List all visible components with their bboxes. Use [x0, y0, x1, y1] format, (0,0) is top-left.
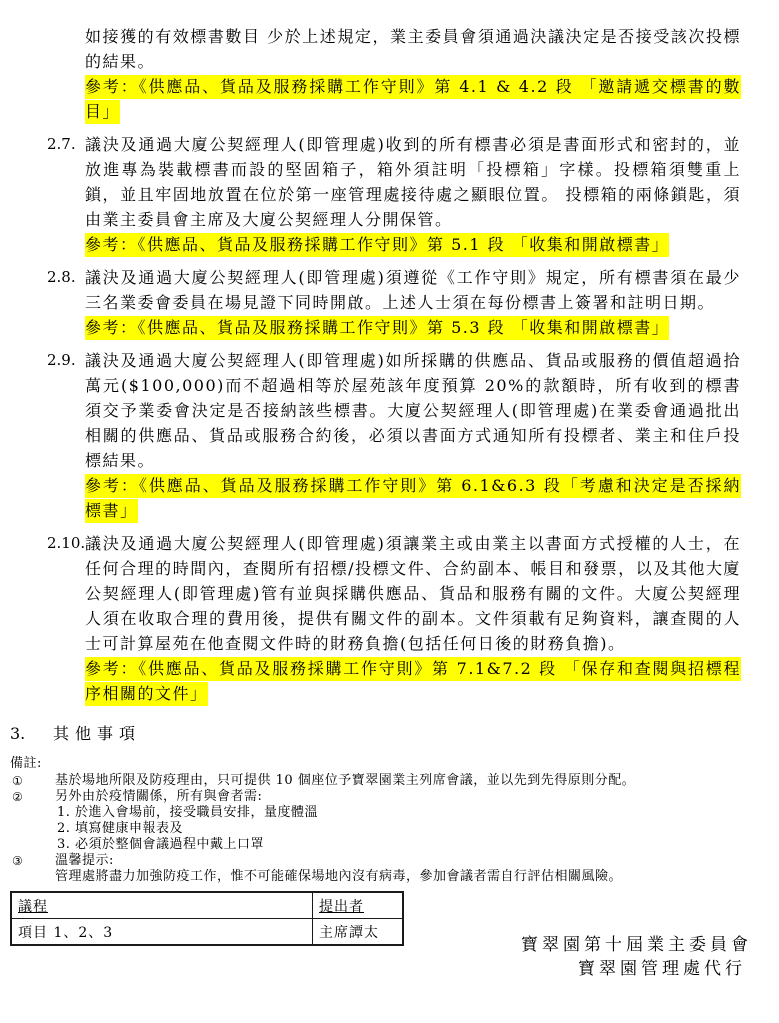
item-reference-line: 參考：《供應品、貨品及服務採購工作守則》第 6.1&6.3 段「考慮和決定是否採… [85, 473, 741, 523]
reference-highlight: 參考：《供應品、貨品及服務採購工作守則》第 7.1&7.2 段 「保存和查閱與招… [85, 657, 741, 706]
circled-2-marker: ② [10, 789, 55, 805]
table-header-row: 議程 提出者 [11, 892, 403, 919]
note-subitem: 1. 於進入會場前，接受職員安排，量度體溫 [57, 805, 741, 821]
section-title: 其他事項 [53, 722, 141, 746]
note-item-2: ② 另外由於疫情關係，所有與會者需: [10, 789, 741, 805]
list-item-2-8: 2.8. 議決及通過大廈公契經理人(即管理處)須遵從《工作守則》規定，所有標書須… [47, 265, 741, 340]
item-text: 議決及通過大廈公契經理人(即管理處)收到的所有標書必須是書面形式和密封的，並放進… [85, 135, 741, 229]
table-row: 項目 1、2、3 主席譚太 [11, 919, 403, 946]
notes-section: 備註: ① 基於場地所限及防疫理由，只可提供 10 個座位予寶翠園業主列席會議，… [10, 756, 741, 885]
item-body: 議決及通過大廈公契經理人(即管理處)須遵從《工作守則》規定，所有標書須在最少三名… [85, 265, 741, 340]
signature-line-2: 寶翠園管理處代行 [521, 957, 752, 981]
list-item-2-7: 2.7. 議決及通過大廈公契經理人(即管理處)收到的所有標書必須是書面形式和密封… [47, 132, 741, 257]
table-header-proposer: 提出者 [313, 892, 404, 919]
note-subitems: 1. 於進入會場前，接受職員安排，量度體溫 2. 填寫健康申報表及 3. 必須於… [57, 805, 741, 853]
reference-highlight: 參考：《供應品、貨品及服務採購工作守則》第 5.3 段 「收集和開啟標書」 [85, 316, 669, 340]
item-reference-line: 參考：《供應品、貨品及服務採購工作守則》第 7.1&7.2 段 「保存和查閱與招… [85, 656, 741, 706]
note-subitem: 2. 填寫健康申報表及 [57, 821, 741, 837]
reference-highlight: 參考：《供應品、貨品及服務採購工作守則》第 6.1&6.3 段「考慮和決定是否採… [85, 474, 741, 523]
item-reference-line: 參考：《供應品、貨品及服務採購工作守則》第 5.3 段 「收集和開啟標書」 [85, 315, 741, 340]
item-number: 2.10. [47, 531, 85, 706]
item-number: 2.7. [47, 132, 85, 257]
intro-reference-line: 參考：《供應品、貨品及服務採購工作守則》第 4.1 & 4.2 段 「邀請遞交標… [85, 74, 741, 124]
note-subitem: 3. 必須於整個會議過程中戴上口罩 [57, 837, 741, 853]
note-detail: 管理處將盡力加強防疫工作，惟不可能確保場地內沒有病毒，參加會議者需自行評估相關風… [55, 869, 741, 885]
item-number: 2.9. [47, 348, 85, 523]
intro-text: 如接獲的有效標書數目 少於上述規定，業主委員會須通過決議決定是否接受該次投標的結… [85, 27, 741, 71]
note-text: 基於場地所限及防疫理由，只可提供 10 個座位予寶翠園業主列席會議，並以先到先得… [55, 773, 741, 789]
intro-paragraph: 如接獲的有效標書數目 少於上述規定，業主委員會須通過決議決定是否接受該次投標的結… [85, 24, 741, 124]
reference-highlight: 參考：《供應品、貨品及服務採購工作守則》第 5.1 段 「收集和開啟標書」 [85, 233, 669, 257]
reference-highlight: 參考：《供應品、貨品及服務採購工作守則》第 4.1 & 4.2 段 「邀請遞交標… [85, 75, 741, 124]
circled-1-marker: ① [10, 773, 55, 789]
item-reference-line: 參考：《供應品、貨品及服務採購工作守則》第 5.1 段 「收集和開啟標書」 [85, 232, 741, 257]
section-number: 3. [10, 722, 53, 746]
note-item-3: ③ 溫馨提示: [10, 853, 741, 869]
item-body: 議決及通過大廈公契經理人(即管理處)須讓業主或由業主以書面方式授權的人士，在任何… [85, 531, 741, 706]
item-body: 議決及通過大廈公契經理人(即管理處)如所採購的供應品、貨品或服務的價值超過拾萬元… [85, 348, 741, 523]
item-number: 2.8. [47, 265, 85, 340]
table-cell-agenda: 項目 1、2、3 [11, 919, 313, 946]
note-text: 另外由於疫情關係，所有與會者需: [55, 789, 741, 805]
agenda-table: 議程 提出者 項目 1、2、3 主席譚太 [10, 891, 404, 946]
table-header-agenda: 議程 [11, 892, 313, 919]
list-item-2-9: 2.9. 議決及通過大廈公契經理人(即管理處)如所採購的供應品、貨品或服務的價值… [47, 348, 741, 523]
note-item-1: ① 基於場地所限及防疫理由，只可提供 10 個座位予寶翠園業主列席會議，並以先到… [10, 773, 741, 789]
signature-line-1: 寶翠園第十屆業主委員會 [521, 933, 752, 957]
document-page: 如接獲的有效標書數目 少於上述規定，業主委員會須通過決議決定是否接受該次投標的結… [0, 0, 779, 1023]
note-text: 溫馨提示: [55, 853, 741, 869]
signature-block: 寶翠園第十屆業主委員會 寶翠園管理處代行 [521, 933, 752, 981]
circled-3-marker: ③ [10, 853, 55, 869]
item-text: 議決及通過大廈公契經理人(即管理處)須遵從《工作守則》規定，所有標書須在最少三名… [85, 268, 741, 312]
item-body: 議決及通過大廈公契經理人(即管理處)收到的所有標書必須是書面形式和密封的，並放進… [85, 132, 741, 257]
section-heading: 3. 其他事項 [10, 722, 741, 746]
list-item-2-10: 2.10. 議決及通過大廈公契經理人(即管理處)須讓業主或由業主以書面方式授權的… [47, 531, 741, 706]
item-text: 議決及通過大廈公契經理人(即管理處)如所採購的供應品、貨品或服務的價值超過拾萬元… [85, 351, 741, 470]
notes-label: 備註: [10, 756, 741, 772]
table-cell-proposer: 主席譚太 [313, 919, 404, 946]
item-text: 議決及通過大廈公契經理人(即管理處)須讓業主或由業主以書面方式授權的人士，在任何… [85, 534, 741, 653]
